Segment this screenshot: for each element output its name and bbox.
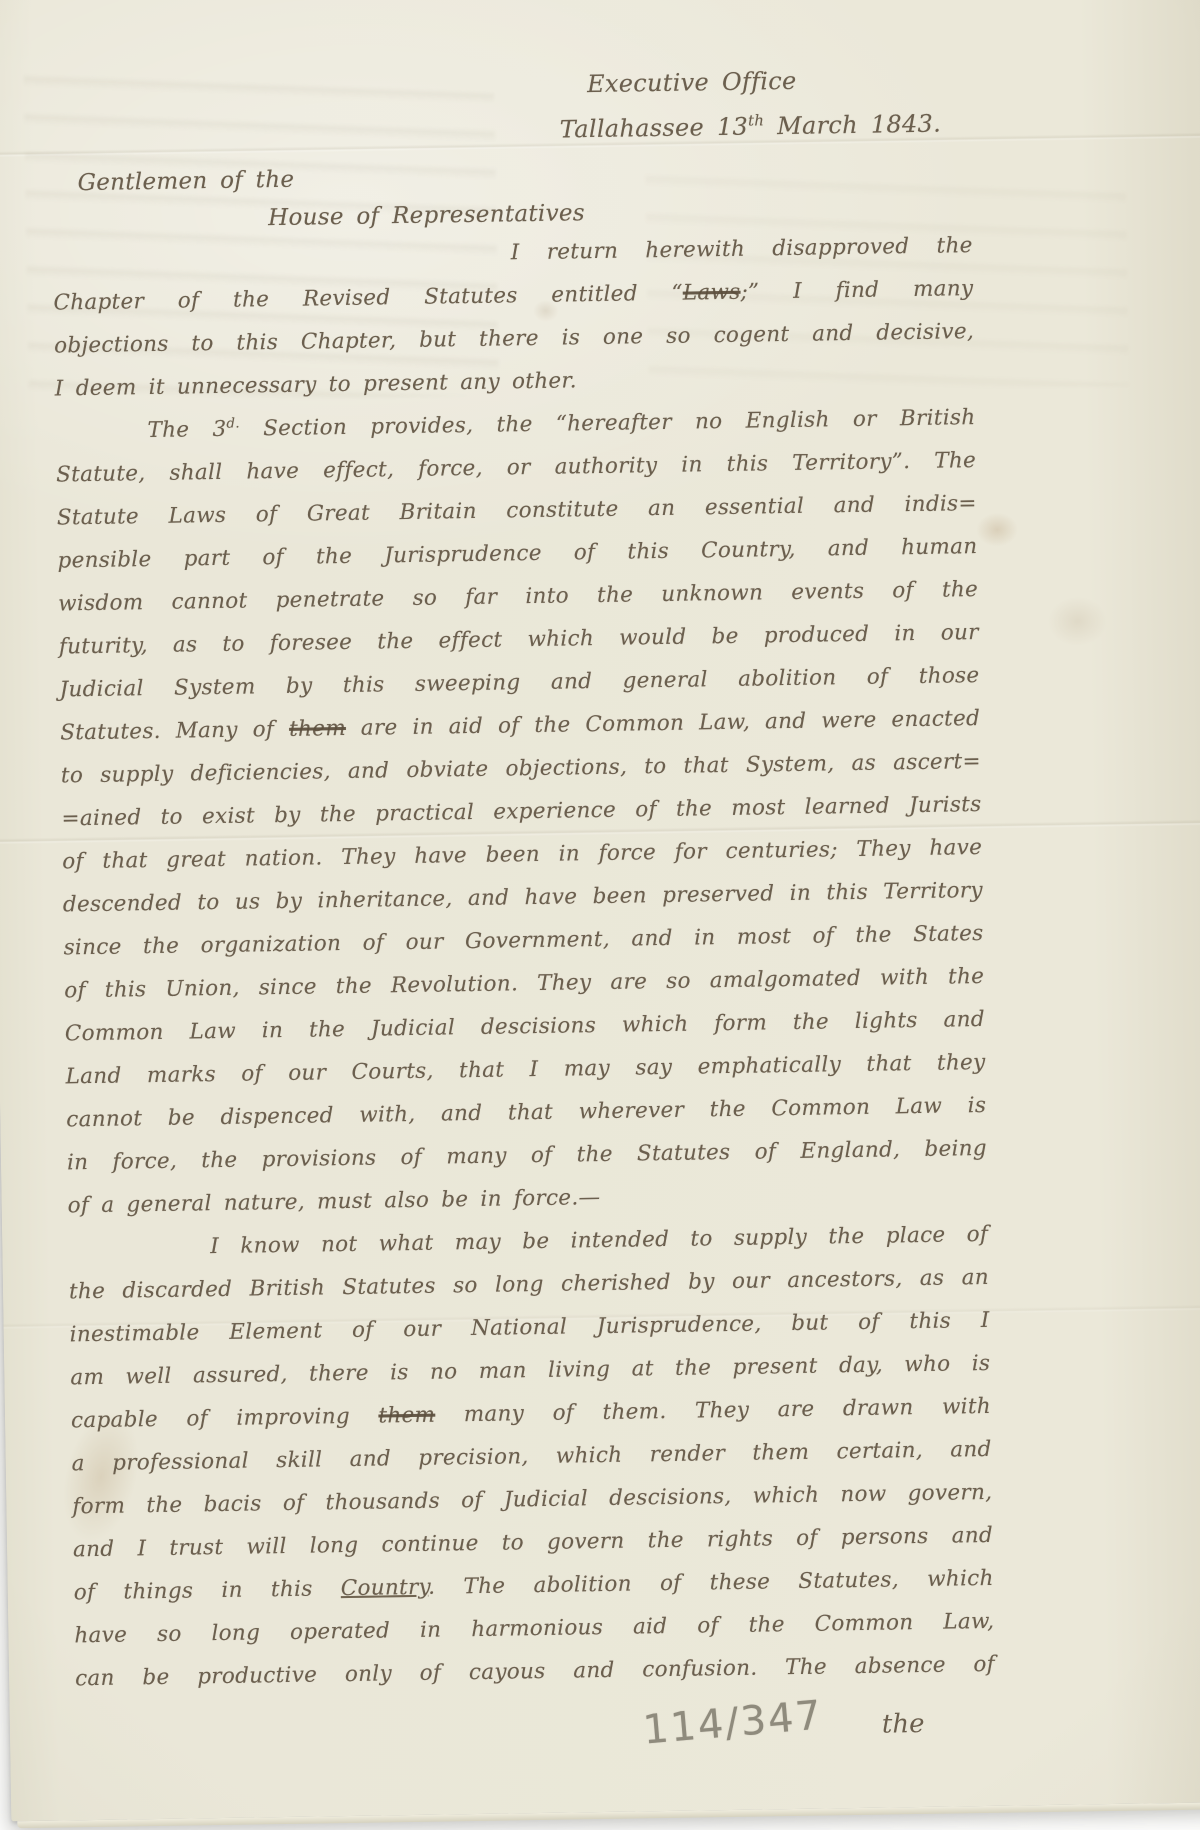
letter-heading: Executive OfficeTallahassee 13th March 1… <box>559 56 980 153</box>
text-segment: are in aid of the Common Law, and were e… <box>346 706 981 741</box>
text-segment: Executive Office <box>587 67 797 98</box>
text-segment: Tallahassee 13 <box>560 113 749 144</box>
letter-body: I return herewith disapproved theChapter… <box>52 224 995 1700</box>
text-segment: form the bacis of thousands of Judicial … <box>72 1480 992 1519</box>
manuscript-line: Executive Office <box>559 56 980 108</box>
text-segment: Judicial System by this sweeping and gen… <box>59 663 979 702</box>
text-segment: of this Union, since the Revolution. The… <box>64 964 984 1003</box>
text-segment: Statute, shall have effect, force, or au… <box>56 448 976 487</box>
superscript: th <box>748 111 764 129</box>
text-segment: have so long operated in harmonious aid … <box>74 1609 994 1648</box>
text-segment: futurity, as to foresee the effect which… <box>59 620 979 659</box>
text-segment: objections to this Chapter, but there is… <box>54 319 974 358</box>
text-segment: since the organization of our Government… <box>63 921 983 960</box>
text-segment: cannot be dispenced with, and that where… <box>66 1093 986 1132</box>
text-segment: Common Law in the Judicial descisions wh… <box>65 1007 985 1046</box>
letter-salutation: Gentlemen of theHouse of Representatives <box>77 154 698 240</box>
struck-word: them <box>378 1403 435 1429</box>
text-segment: capable of improving <box>71 1404 379 1434</box>
paper-stain <box>1047 596 1108 647</box>
text-segment: March 1843. <box>764 110 941 141</box>
text-segment: wisdom cannot penetrate so far into the … <box>58 577 978 616</box>
text-segment: Chapter of the Revised Statutes entitled… <box>53 281 683 316</box>
text-segment: Gentlemen of the <box>77 167 294 196</box>
text-segment: a professional skill and precision, whic… <box>72 1437 992 1476</box>
struck-word: Laws <box>683 280 741 306</box>
text-segment: in force, the provisions of many of the … <box>67 1136 987 1175</box>
text-segment: can be productive only of cayous and con… <box>75 1652 995 1691</box>
text-segment: am well assured, there is no man living … <box>70 1351 990 1390</box>
text-segment: ;” I find many <box>740 276 973 305</box>
text-segment: the discarded British Statutes so long c… <box>69 1265 989 1304</box>
text-segment: Statutes. Many of <box>60 717 289 746</box>
text-segment: of things in this <box>74 1576 341 1605</box>
manuscript-page: Executive OfficeTallahassee 13th March 1… <box>0 0 1200 1821</box>
text-segment: descended to us by inheritance, and have… <box>63 878 983 917</box>
paper-stain <box>976 512 1019 547</box>
text-segment: of a general nature, must also be in for… <box>67 1185 600 1218</box>
struck-word: them <box>289 716 346 742</box>
text-segment: . The abolition of these Statutes, which <box>428 1566 994 1600</box>
manuscript-line: Tallahassee 13th March 1843. <box>559 101 980 153</box>
text-segment: I return herewith disapproved the <box>511 233 973 265</box>
text-segment: pensible part of the Jurisprudence of th… <box>57 534 977 573</box>
text-segment: Country <box>341 1575 429 1601</box>
text-segment: and I trust will long continue to govern… <box>73 1523 993 1562</box>
text-segment: inestimable Element of our National Juri… <box>69 1308 989 1347</box>
text-segment: House of Representatives <box>268 200 585 231</box>
text-segment: Statute Laws of Great Britain constitute… <box>57 491 977 530</box>
text-segment: =ained to exist by the practical experie… <box>61 792 981 831</box>
text-segment: of that great nation. They have been in … <box>62 835 982 874</box>
text-segment: I know not what may be intended to suppl… <box>210 1222 988 1259</box>
text-segment: Section provides, the “hereafter no Engl… <box>240 405 976 442</box>
text-segment: I deem it unnecessary to present any oth… <box>55 368 577 401</box>
text-segment: Land marks of our Courts, that I may say… <box>65 1050 985 1089</box>
superscript: d. <box>226 416 240 431</box>
catchword: the <box>882 1709 925 1740</box>
scanned-document-photo: { "letter": { "heading_lines": [ {"inden… <box>0 0 1200 1830</box>
text-segment: The 3 <box>147 417 226 443</box>
archival-page-number: 114/347 <box>641 1692 824 1753</box>
text-segment: to supply deficiencies, and obviate obje… <box>61 749 981 788</box>
text-segment: many of them. They are drawn with <box>435 1394 991 1428</box>
